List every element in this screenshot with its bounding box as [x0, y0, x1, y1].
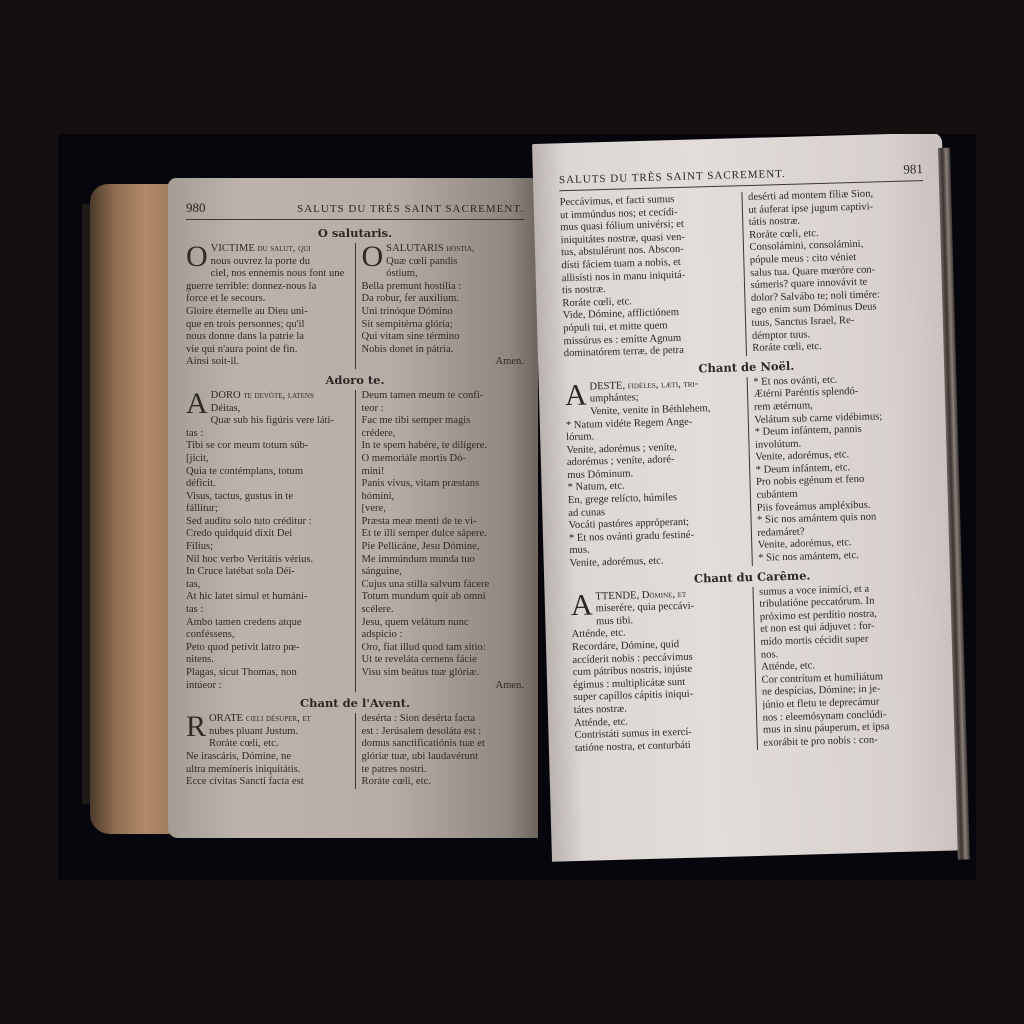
text-line: Plagas, sicut Thomas, non — [186, 667, 349, 680]
section-o-salutaris: O salutaris. O VICTIME du salut, quinous… — [186, 226, 524, 369]
text-line: Totum mundum quit ab omni — [362, 591, 525, 604]
hymn-column: ATTENDE, Dómine, etmiserére, quia peccáv… — [571, 587, 751, 756]
text-line: O memoriále mortis Dó- — [362, 453, 525, 466]
french-column: O VICTIME du salut, quinous ouvrez la po… — [186, 243, 349, 369]
text-line: force et le secours. — [186, 293, 349, 306]
text-line: te patres nostri. — [362, 764, 525, 777]
text-line: Da robur, fer auxílium. — [362, 293, 525, 306]
text-line: fállitur; — [186, 503, 349, 516]
hymn-column: sumus a voce inimíci, et atribulatióne p… — [752, 582, 939, 751]
text-line: Jesu, quem velátum nunc — [362, 617, 525, 630]
text-line: Deum tamen meum te confi- — [362, 390, 525, 403]
text-line: In te spem habére, te dilígere. — [362, 440, 525, 453]
text-line: Fílius; — [186, 541, 349, 554]
text-line: est : Jerúsalem desoláta est : — [362, 726, 525, 739]
drop-cap: A — [571, 592, 593, 619]
text-line: Et te illi semper dulce sápere. — [362, 528, 525, 541]
text-line: Amen. — [362, 680, 525, 693]
text-line: conféssens, — [186, 629, 349, 642]
running-head-title: SALUTS DU TRÈS SAINT SACREMENT. — [559, 168, 786, 186]
text-line: desérta : Sion desérta facta — [362, 713, 525, 726]
text-line: Credo quidquid dixit Dei — [186, 528, 349, 541]
text-line: nitens. — [186, 654, 349, 667]
text-line: Roráte cœli, etc. — [209, 738, 348, 751]
text-line: Fac me tibi semper magis — [362, 415, 525, 428]
text-line: que en trois personnes; qu'il — [186, 319, 349, 332]
text-line: VICTIME du salut, qui — [211, 243, 349, 256]
text-line: In Cruce latébat sola Déi- — [186, 566, 349, 579]
text-line: Quæ sub his figúris vere láti- — [211, 415, 349, 428]
text-line: tas, — [186, 579, 349, 592]
text-line: ultra memíneris iniquitátis. — [186, 764, 349, 777]
running-head-title: SALUTS DU TRÈS SAINT SACREMENT. — [297, 203, 524, 215]
text-line: adspício : — [362, 629, 525, 642]
hymn-column: RORATE cœli désuper, etnubes pluant Just… — [186, 713, 349, 789]
left-running-head: 980 SALUTS DU TRÈS SAINT SACREMENT. — [186, 200, 524, 220]
book-photo: 980 SALUTS DU TRÈS SAINT SACREMENT. O sa… — [58, 134, 976, 880]
text-line: Qui vitam sine término — [362, 331, 525, 344]
text-line: tas : — [186, 604, 349, 617]
section-title: Adoro te. — [186, 373, 524, 387]
hymn-column: * Et nos ovánti, etc.Ætérni Paréntis spl… — [746, 372, 934, 566]
page-number: 981 — [903, 161, 923, 178]
text-line: teor : — [362, 403, 525, 416]
hymn-column: ADESTE, fidéles, læti, tri-umphántes;Ven… — [565, 377, 746, 571]
left-page: 980 SALUTS DU TRÈS SAINT SACREMENT. O sa… — [168, 178, 538, 838]
text-line: óstium, — [386, 268, 524, 281]
drop-cap: A — [186, 391, 208, 417]
drop-cap: O — [186, 244, 208, 270]
text-line: Gloire éternelle au Dieu uni- — [186, 306, 349, 319]
text-line: Visus, tactus, gustus in te — [186, 491, 349, 504]
text-line: mini! — [362, 466, 525, 479]
text-line: intúeor : — [186, 680, 349, 693]
text-line: scélere. — [362, 604, 525, 617]
section-title: O salutaris. — [186, 226, 524, 240]
text-line: Peto quod petívit latro pœ- — [186, 642, 349, 655]
drop-cap: A — [565, 382, 587, 409]
right-running-head: SALUTS DU TRÈS SAINT SACREMENT. 981 — [559, 161, 923, 191]
text-line: Præsta meæ menti de te vi- — [362, 516, 525, 529]
text-line: Roráte cœli, etc. — [362, 776, 525, 789]
hymn-column: ADORO te devóte, latensDéitas,Quæ sub hi… — [186, 390, 349, 692]
text-line: DORO te devóte, latens — [211, 390, 349, 403]
text-line: glóriæ tuæ, ubi laudavérunt — [362, 751, 525, 764]
hymn-column: desérti ad montem fíliæ Sion,ut áuferat … — [741, 187, 928, 356]
hymn-column: desérta : Sion desérta factaest : Jerúsa… — [355, 713, 525, 789]
text-line: [vere, — [362, 503, 525, 516]
text-line: Ambo tamen credens atque — [186, 617, 349, 630]
text-line: Visu sim beátus tuæ glóriæ. — [362, 667, 525, 680]
text-line: ciel, nos ennemis nous font une — [211, 268, 349, 281]
text-line: nous ouvrez la porte du — [211, 256, 349, 269]
text-line: nous donne dans la patrie la — [186, 331, 349, 344]
text-line: Sed audítu solo tuto créditur : — [186, 516, 349, 529]
text-line: crédere, — [362, 428, 525, 441]
text-line: Quia te contémplans, totum — [186, 466, 349, 479]
text-line: sánguine, — [362, 566, 525, 579]
text-line: domus sanctificatiónis tuæ et — [362, 738, 525, 751]
latin-column: O SALUTARIS hóstia,Quæ cœli pandisóstium… — [355, 243, 525, 369]
text-line: hómini, — [362, 491, 525, 504]
text-line: Cujus una stilla salvum fácere — [362, 579, 525, 592]
text-line: nubes pluant Justum. — [209, 726, 348, 739]
text-line: Pie Pellicáne, Jesu Dómine, — [362, 541, 525, 554]
text-line: Nil hoc verbo Veritátis vérius. — [186, 554, 349, 567]
text-line: Quæ cœli pandis — [386, 256, 524, 269]
text-line: Oro, fiat illud quod tam sitio: — [362, 642, 525, 655]
text-line: SALUTARIS hóstia, — [386, 243, 524, 256]
text-line: [jicit, — [186, 453, 349, 466]
drop-cap: R — [186, 714, 206, 740]
text-line: vie qui n'aura point de fin. — [186, 344, 349, 357]
right-page: SALUTS DU TRÈS SAINT SACREMENT. 981 Pecc… — [532, 134, 962, 862]
text-line: Sit sempitérna glória; — [362, 319, 525, 332]
section-adoro-te: Adoro te. ADORO te devóte, latensDéitas,… — [186, 373, 524, 692]
hymn-column: Peccávimus, et facti sumusut immúndus no… — [559, 192, 739, 361]
text-line: Ecce cívitas Sancti facta est — [186, 776, 349, 789]
text-line: Ainsi soit-il. — [186, 356, 349, 369]
page-number: 980 — [186, 200, 206, 216]
text-line: ORATE cœli désuper, et — [209, 713, 348, 726]
text-line: Amen. — [362, 356, 525, 369]
text-line: Tibi se cor meum totum súb- — [186, 440, 349, 453]
text-line: At hic latet simul et humáni- — [186, 591, 349, 604]
text-line: tas : — [186, 428, 349, 441]
section-avent-continued: Peccávimus, et facti sumusut immúndus no… — [559, 187, 927, 361]
section-chant-careme: Chant du Carême. ATTENDE, Dómine, etmise… — [570, 565, 939, 756]
section-chant-avent: Chant de l'Avent. RORATE cœli désuper, e… — [186, 696, 524, 789]
drop-cap: O — [362, 244, 384, 270]
section-chant-noel: Chant de Noël. ADESTE, fidéles, læti, tr… — [564, 355, 934, 571]
text-line: Bella premunt hostília : — [362, 281, 525, 294]
text-line: Ne irascáris, Dómine, ne — [186, 751, 349, 764]
hymn-column: Deum tamen meum te confi-teor :Fac me ti… — [355, 390, 525, 692]
section-title: Chant de l'Avent. — [186, 696, 524, 710]
text-line: déficit. — [186, 478, 349, 491]
text-line: Me immúndum munda tuo — [362, 554, 525, 567]
text-line: Nobis donet in pátria. — [362, 344, 525, 357]
text-line: Ut te reveláta cernens fácie — [362, 654, 525, 667]
text-line: guerre terrible: donnez-nous la — [186, 281, 349, 294]
text-line: Panis vivus, vitam præstans — [362, 478, 525, 491]
text-line: Déitas, — [211, 403, 349, 416]
text-line: Uni trinóque Dómino — [362, 306, 525, 319]
